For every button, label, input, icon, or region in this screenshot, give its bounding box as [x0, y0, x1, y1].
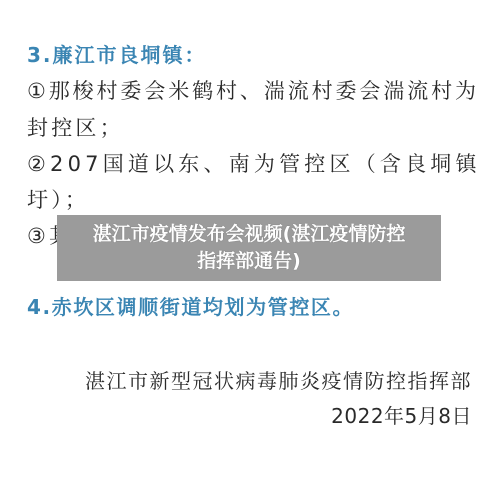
section-3-item-2-line-2: 圩）； [27, 186, 89, 214]
issuer-signature: 湛江市新型冠状病毒肺炎疫情防控指挥部 [85, 367, 472, 395]
caption-line-1: 湛江市疫情发布会视频(湛江疫情防控 [93, 221, 406, 248]
section-4-heading: 4.赤坎区调顺街道均划为管控区。 [27, 293, 354, 321]
section-3-item-1-line-1: ①那梭村委会米鹤村、湍流村委会湍流村为 [27, 77, 479, 105]
caption-line-2: 指挥部通告) [197, 248, 301, 275]
caption-overlay: 湛江市疫情发布会视频(湛江疫情防控 指挥部通告) [57, 215, 441, 281]
section-3-heading: 3.廉江市良垌镇： [27, 41, 207, 69]
issue-date: 2022年5月8日 [331, 402, 472, 430]
section-3-item-1-line-2: 封控区； [27, 114, 124, 142]
section-3-item-2-line-1: ②207国道以东、南为管控区（含良垌镇 [27, 150, 481, 178]
